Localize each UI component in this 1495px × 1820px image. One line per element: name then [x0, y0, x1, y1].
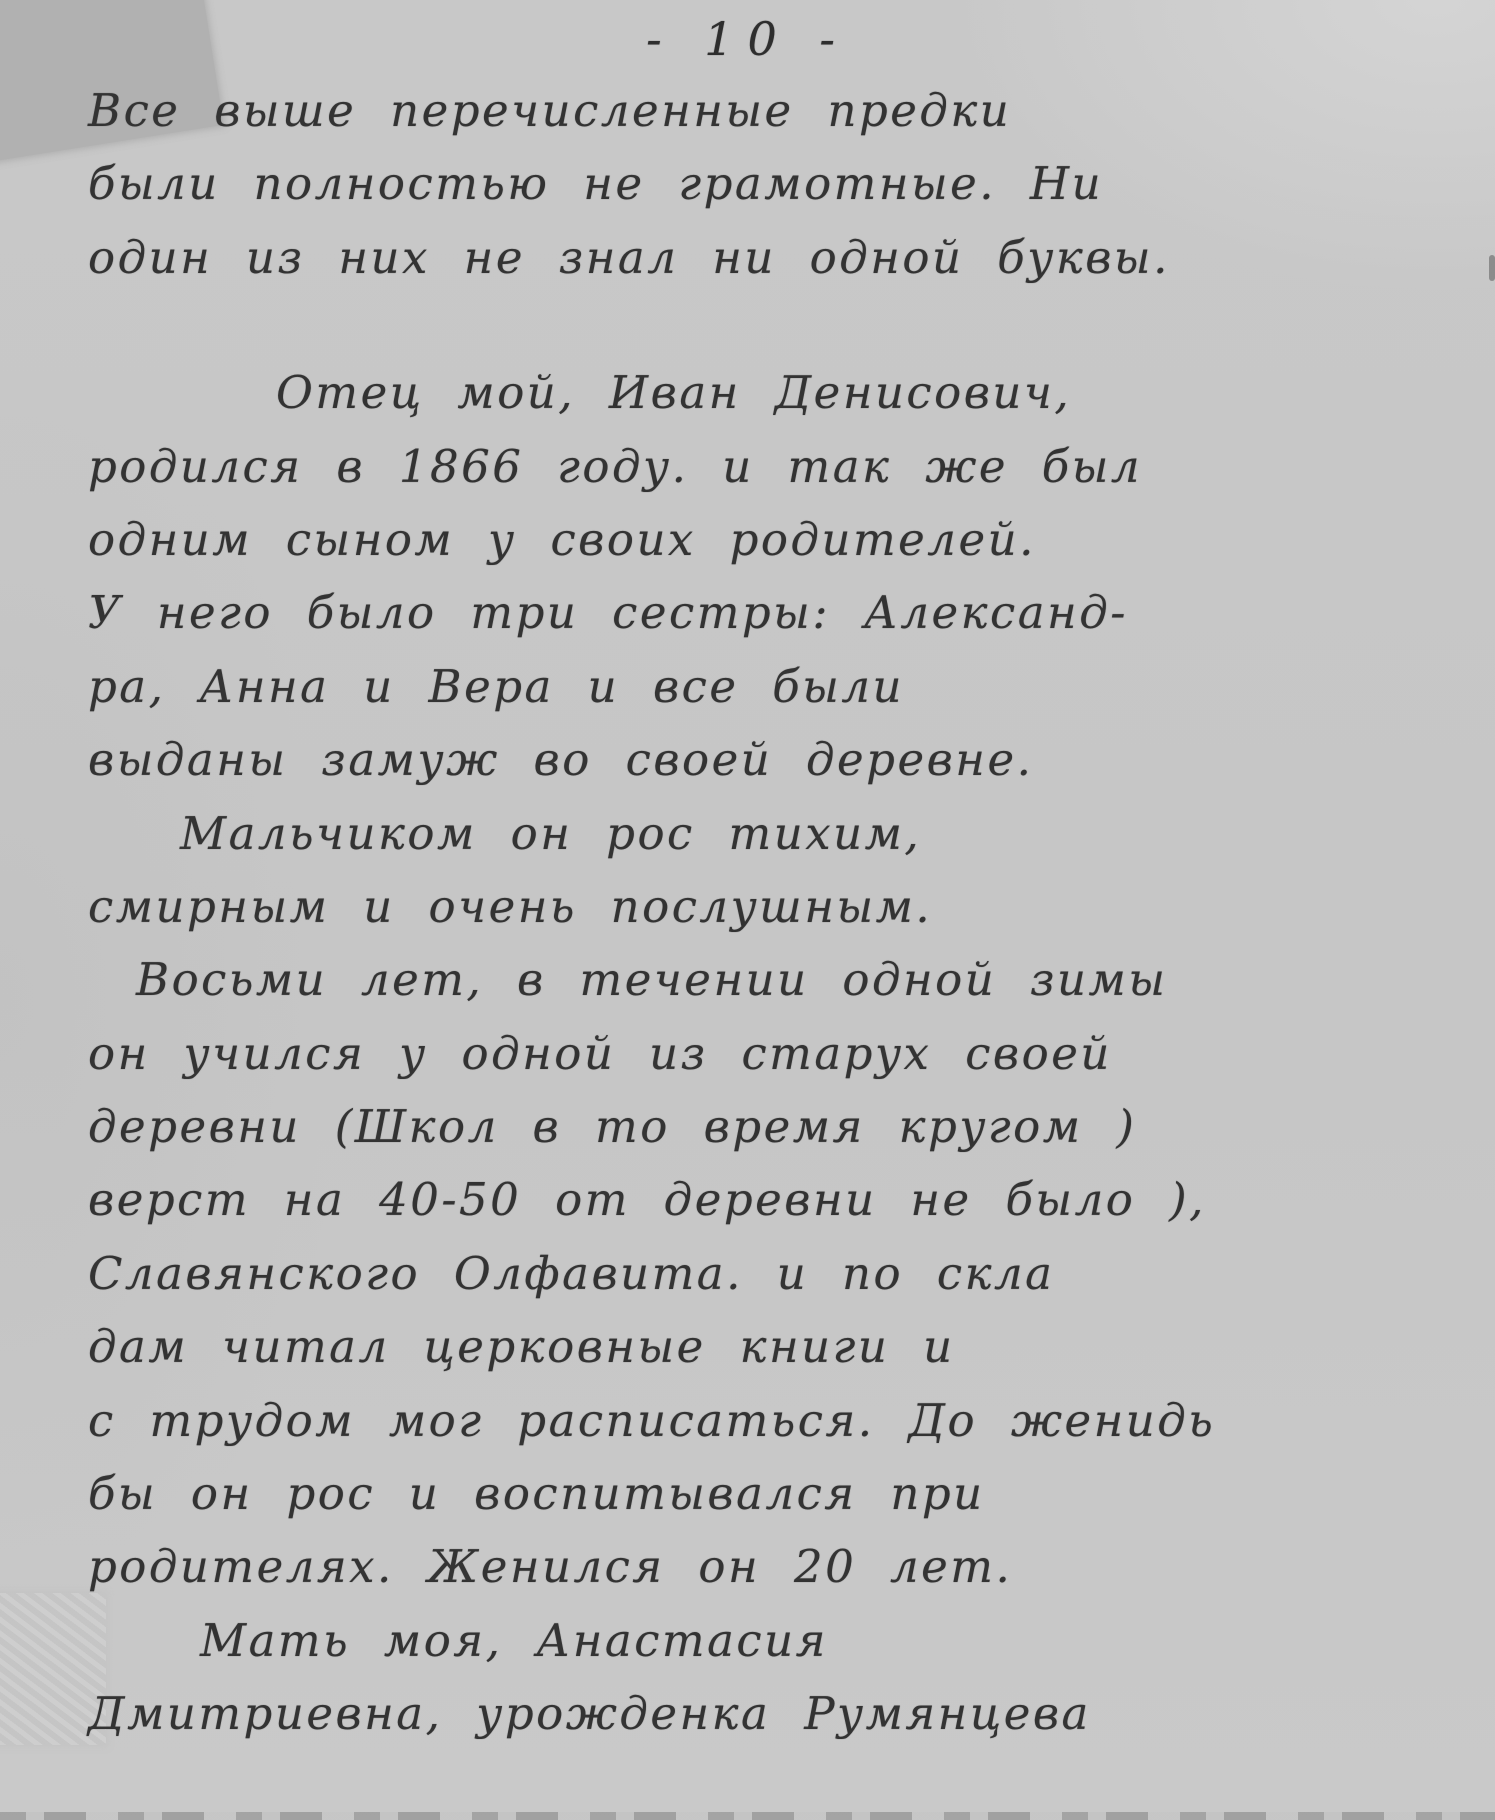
manuscript-line: он учился у одной из старух своей [88, 1017, 1479, 1090]
manuscript-line: Отец мой, Иван Денисович, [88, 356, 1479, 429]
manuscript-line: родился в 1866 году. и так же был [88, 430, 1479, 503]
manuscript-line: Все выше перечисленные предки [88, 74, 1479, 147]
manuscript-text: Все выше перечисленные предки были полно… [88, 74, 1479, 1751]
manuscript-line: Мальчиком он рос тихим, [88, 797, 1479, 870]
manuscript-line: Дмитриевна, урожденка Румянцева [88, 1677, 1479, 1750]
manuscript-line: верст на 40-50 от деревни не было ), [88, 1163, 1479, 1236]
manuscript-line: деревни (Школ в то время кругом ) [88, 1090, 1479, 1163]
page-number: - 10 - [0, 12, 1495, 66]
manuscript-line: Восьми лет, в течении одной зимы [88, 943, 1479, 1016]
manuscript-line: выданы замуж во своей деревне. [88, 723, 1479, 796]
manuscript-line: родителях. Женился он 20 лет. [88, 1530, 1479, 1603]
manuscript-line: бы он рос и воспитывался при [88, 1457, 1479, 1530]
manuscript-line: смирным и очень послушным. [88, 870, 1479, 943]
scanned-manuscript-page: - 10 - Все выше перечисленные предки был… [0, 0, 1495, 1820]
manuscript-line: У него было три сестры: Александ- [88, 576, 1479, 649]
manuscript-line: Мать моя, Анастасия [88, 1604, 1479, 1677]
manuscript-line: с трудом мог расписаться. До женидь [88, 1384, 1479, 1457]
manuscript-line: были полностью не грамотные. Ни [88, 147, 1479, 220]
manuscript-line: один из них не знал ни одной буквы. [88, 221, 1479, 294]
manuscript-line: ра, Анна и Вера и все были [88, 650, 1479, 723]
scan-edge-mark-right [1489, 255, 1495, 281]
manuscript-line: дам читал церковные книги и [88, 1310, 1479, 1383]
manuscript-line: Славянского Олфавита. и по скла [88, 1237, 1479, 1310]
manuscript-line: одним сыном у своих родителей. [88, 503, 1479, 576]
scan-edge-band-bottom [0, 1812, 1495, 1820]
